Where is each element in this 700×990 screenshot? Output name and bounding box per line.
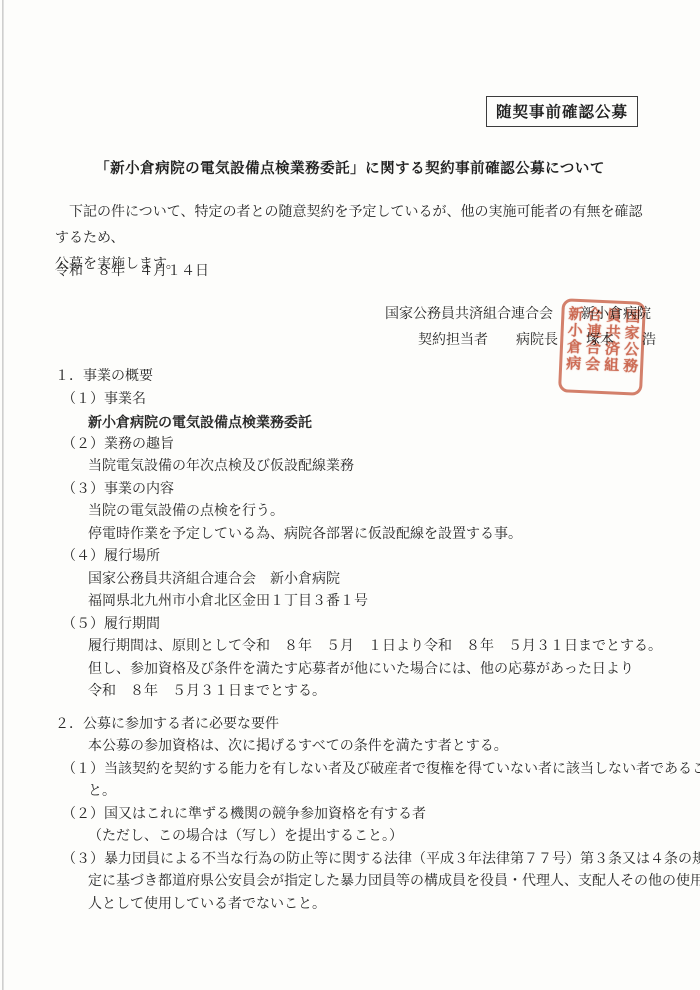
section2-lead: 本公募の参加資格は、次に掲げるすべての条件を満たす者とする。 bbox=[55, 736, 664, 759]
item-text: 停電時作業を予定している為、病院各部署に仮設配線を設置する事。 bbox=[55, 524, 664, 547]
document-title: 「新小倉病院の電気設備点検業務委託」に関する契約事前確認公募について bbox=[0, 157, 700, 178]
notice-type-label: 随契事前確認公募 bbox=[496, 104, 628, 121]
scanned-document-page: 随契事前確認公募 「新小倉病院の電気設備点検業務委託」に関する契約事前確認公募に… bbox=[0, 0, 700, 990]
item-label: （５）履行期間 bbox=[55, 614, 664, 637]
project-name: 新小倉病院の電気設備点検業務委託 bbox=[55, 411, 664, 434]
notice-type-box: 随契事前確認公募 bbox=[486, 96, 638, 127]
requirement-text: （ただし、この場合は（写し）を提出すること。） bbox=[55, 826, 664, 849]
item-label: （３）事業の内容 bbox=[55, 479, 664, 502]
scan-edge-artifact bbox=[2, 0, 4, 990]
section2-heading: ２．公募に参加する者に必要な要件 bbox=[55, 714, 664, 737]
item-text: 但し、参加資格及び条件を満たす応募者が他にいた場合には、他の応募があった日より bbox=[55, 659, 664, 682]
issue-date: 令和 ８年 ４月１４日 bbox=[55, 260, 209, 280]
section1-heading: １．事業の概要 bbox=[55, 366, 664, 389]
requirement-text: 人として使用している者でないこと。 bbox=[55, 894, 664, 917]
requirement-text: （２）国又はこれに準ずる機関の競争参加資格を有する者 bbox=[55, 804, 664, 827]
requirement-text: （３）暴力団員による不当な行為の防止等に関する法律（平成３年法律第７７号）第３条… bbox=[55, 849, 664, 872]
requirement-text: と。 bbox=[55, 781, 664, 804]
item-label: （２）業務の趣旨 bbox=[55, 434, 664, 457]
section-gap bbox=[55, 704, 664, 714]
item-label: （１）事業名 bbox=[55, 389, 664, 412]
item-text: 令和 ８年 ５月３１日までとする。 bbox=[55, 681, 664, 704]
requirement-text: 定に基づき都道府県公安員会が指定した暴力団員等の構成員を役員・代理人、支配人その… bbox=[55, 871, 664, 894]
item-text: 国家公務員共済組合連合会 新小倉病院 bbox=[55, 569, 664, 592]
item-text: 福岡県北九州市小倉北区金田１丁目３番１号 bbox=[55, 591, 664, 614]
item-text: 履行期間は、原則として令和 ８年 ５月 １日より令和 ８年 ５月３１日までとする… bbox=[55, 636, 664, 659]
item-label: （４）履行場所 bbox=[55, 546, 664, 569]
item-text: 当院電気設備の年次点検及び仮設配線業務 bbox=[55, 456, 664, 479]
requirement-text: （１）当該契約を契約する能力を有しない者及び破産者で復権を得ていない者に該当しな… bbox=[55, 759, 664, 782]
document-body: １．事業の概要 （１）事業名 新小倉病院の電気設備点検業務委託 （２）業務の趣旨… bbox=[55, 366, 664, 916]
item-text: 当院の電気設備の点検を行う。 bbox=[55, 501, 664, 524]
intro-line: 下記の件について、特定の者との随意契約を予定しているが、他の実施可能者の有無を確… bbox=[55, 200, 652, 252]
